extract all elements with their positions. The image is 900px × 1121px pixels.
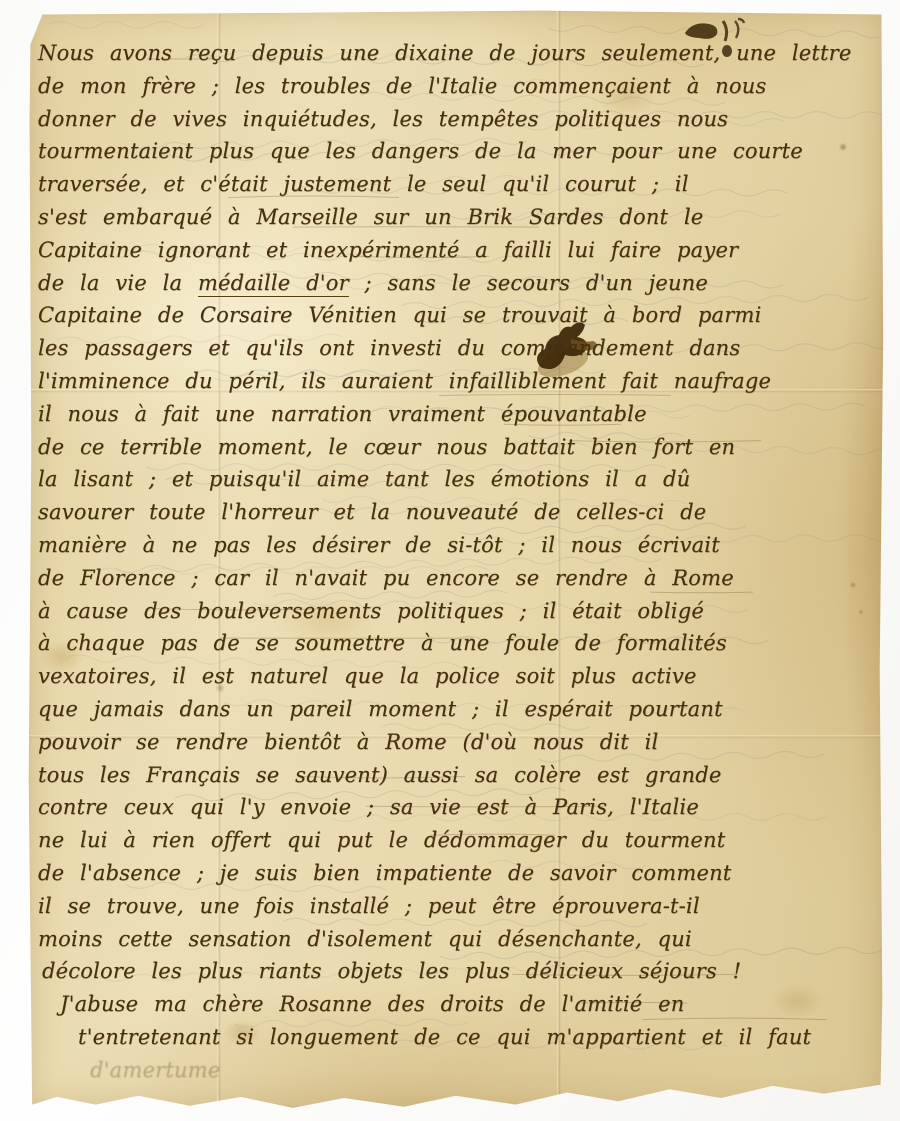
letter-line: la lisant ; et puisqu'il aime tant les é… [38, 463, 876, 496]
letter-line: que jamais dans un pareil moment ; il es… [38, 693, 876, 726]
letter-line: savourer toute l'horreur et la nouveauté… [38, 496, 876, 529]
letter-line: pouvoir se rendre bientôt à Rome (d'où n… [38, 726, 876, 759]
letter-page: Nous avons reçu depuis une dixaine de jo… [27, 9, 884, 1109]
letter-line: à chaque pas de se soumettre à une foule… [38, 627, 876, 660]
letter-line: décolore les plus riants objets les plus… [42, 955, 876, 988]
letter-line: Capitaine de Corsaire Vénitien qui se tr… [38, 299, 876, 332]
letter-line: ne lui à rien offert qui put le dédommag… [38, 824, 876, 857]
letter-line: tourmentaient plus que les dangers de la… [38, 135, 876, 168]
letter-line: Nous avons reçu depuis une dixaine de jo… [38, 37, 876, 70]
underlined-phrase: médaille d'or [198, 271, 349, 297]
letter-line: il nous à fait une narration vraiment ép… [38, 398, 876, 431]
letter-line: t'entretenant si longuement de ce qui m'… [78, 1021, 876, 1054]
letter-line: traversée, et c'était justement le seul … [38, 168, 876, 201]
letter-body: Nous avons reçu depuis une dixaine de jo… [38, 37, 876, 1087]
letter-line: de la vie la médaille d'or ; sans le sec… [38, 267, 876, 300]
letter-line: de Florence ; car il n'avait pu encore s… [38, 562, 876, 595]
letter-line: contre ceux qui l'y envoie ; sa vie est … [38, 791, 876, 824]
letter-line: vexatoires, il est naturel que la police… [38, 660, 876, 693]
letter-line: manière à ne pas les désirer de si-tôt ;… [38, 529, 876, 562]
letter-line: Capitaine ignorant et inexpérimenté a fa… [38, 234, 876, 267]
letter-line: tous les Français se sauvent) aussi sa c… [38, 759, 876, 792]
letter-line: donner de vives inquiétudes, les tempête… [38, 103, 876, 136]
letter-line: les passagers et qu'ils ont investi du c… [38, 332, 876, 365]
letter-line: moins cette sensation d'isolement qui dé… [38, 923, 876, 956]
letter-line: s'est embarqué à Marseille sur un Brik S… [38, 201, 876, 234]
letter-line: J'abuse ma chère Rosanne des droits de l… [60, 988, 876, 1021]
letter-line: d'amertume [90, 1054, 876, 1087]
letter-line: l'imminence du péril, ils auraient infai… [38, 365, 876, 398]
letter-line: de ce terrible moment, le cœur nous batt… [38, 431, 876, 464]
letter-line: il se trouve, une fois installé ; peut ê… [38, 890, 876, 923]
letter-line: à cause des bouleversements politiques ;… [38, 595, 876, 628]
letter-line: de l'absence ; je suis bien impatiente d… [38, 857, 876, 890]
letter-line: de mon frère ; les troubles de l'Italie … [38, 70, 876, 103]
